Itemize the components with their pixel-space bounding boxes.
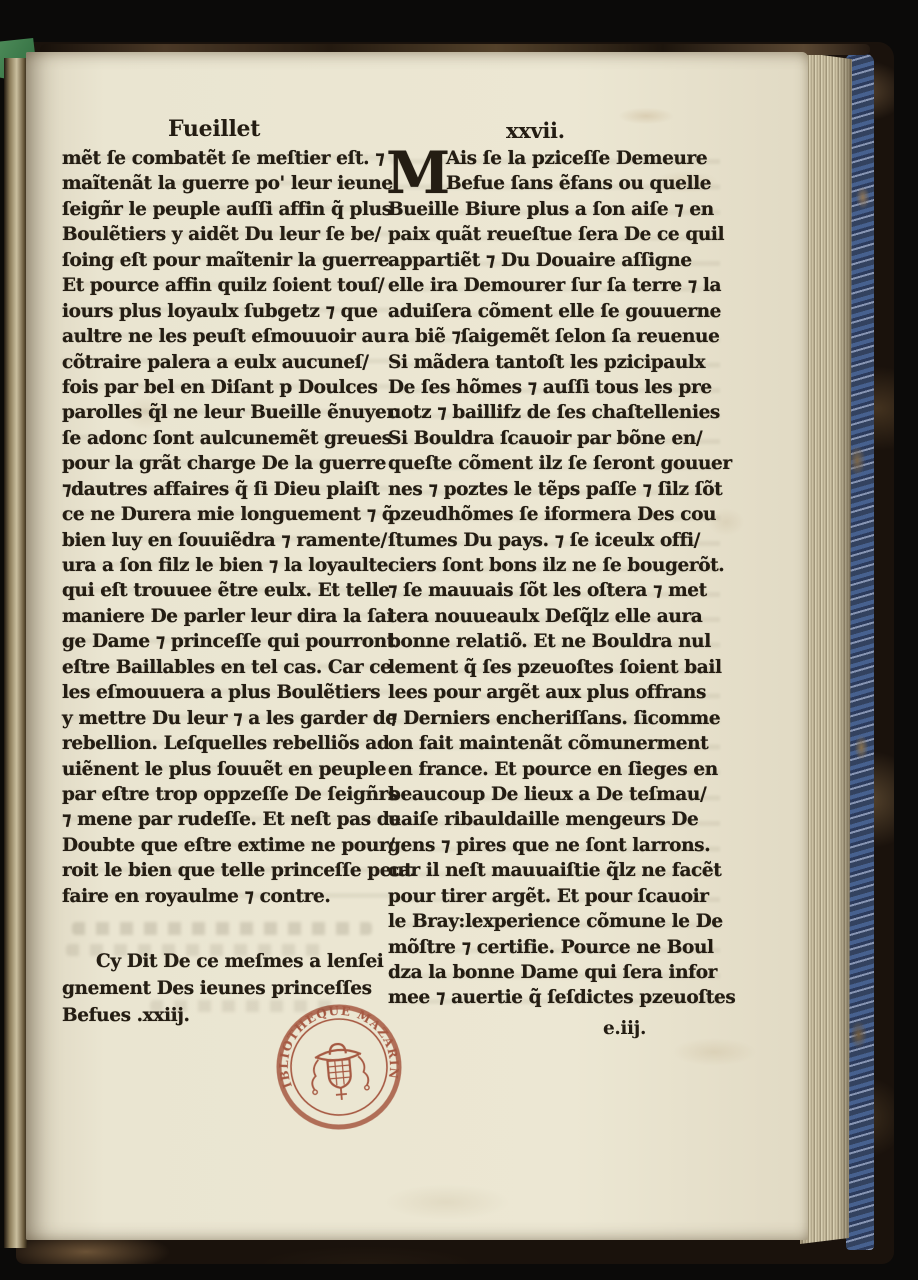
text-line: qui eſt trouuee ẽtre eulx. Et telle [62, 578, 398, 603]
text-line: Boulẽtiers y aidẽt Du leur ſe be/ [62, 222, 398, 247]
folio-number: xxvii. [506, 118, 565, 143]
scanned-book-page: Fueillet xxvii. mẽt ſe combatẽt ſe meſti… [0, 0, 918, 1280]
text-line: bonne relatiõ. Et ne Bouldra nul [388, 629, 724, 654]
text-line: nes ⁊ poztes le tẽps paſſe ⁊ ſilz ſõt [388, 477, 724, 502]
text-line: y mettre Du leur ⁊ a les garder de [62, 706, 398, 731]
text-line: lement q̃ ſes pzeuoſtes ſoient bail [388, 655, 724, 680]
running-title: Fueillet [168, 116, 260, 142]
text-line: parolles q̃l ne leur Bueille ẽnuyer [62, 400, 398, 425]
text-line: mẽt ſe combatẽt ſe meſtier eſt. ⁊ [62, 146, 398, 171]
text-line: ciers ſont bons ilz ne ſe bougerõt. [388, 553, 724, 578]
text-line: ge Dame ⁊ princeſſe qui pourront [62, 629, 398, 654]
show-through-smudge [72, 922, 372, 935]
text-line: ſoing eſt pour maĩtenir la guerre [62, 248, 398, 273]
mazarine-stamp-icon: BIBLIOTHEQUE MAZARINE [269, 997, 410, 1138]
text-line: Bueille Biure plus a ſon aiſe ⁊ en [388, 197, 724, 222]
text-line: ⁊ Derniers encheriſſans. ſicomme [388, 706, 724, 731]
text-line: Befue ſans ẽfans ou quelle [446, 171, 724, 196]
text-line: Et pource affin quilz ſoient touſ/ [62, 273, 398, 298]
text-line: ura a ſon filz le bien ⁊ la loyaulte [62, 553, 398, 578]
text-line: aultre ne les peuſt eſmouuoir au [62, 324, 398, 349]
text-line: ſtumes Du pays. ⁊ ſe iceulx offi/ [388, 528, 724, 553]
text-line: rebellion. Leſquelles rebelliõs ad [62, 731, 398, 756]
text-line: car il neſt mauuaiſtie q̃lz ne facẽt [388, 858, 724, 883]
text-line: maĩtenãt la guerre po' leur ieune [62, 171, 398, 196]
text-line: on fait maintenãt cõmunerment [388, 731, 724, 756]
text-line: iours plus loyaulx ſubgetz ⁊ que [62, 299, 398, 324]
text-line: dza la bonne Dame qui ſera infor [388, 960, 724, 985]
text-line: cõtraire palera a eulx aucuneſ/ [62, 350, 398, 375]
text-line: eſtre Baillables en tel cas. Car ce [62, 655, 398, 680]
gutter-page-edges [4, 58, 27, 1248]
text-line: en france. Et pource en ſieges en [388, 757, 724, 782]
text-line: appartiẽt ⁊ Du Douaire aſſigne [388, 248, 724, 273]
text-line: les eſmouuera a plus Boulẽtiers [62, 680, 398, 705]
text-line: ce ne Durera mie longuement ⁊ q̃ [62, 502, 398, 527]
text-line: Ais ſe la pziceſſe Demeure [446, 146, 724, 171]
text-line: bien luy en ſouuiẽdra ⁊ ramente/ [62, 528, 398, 553]
text-line: faire en royaulme ⁊ contre. [62, 884, 398, 909]
text-line: Si mãdera tantoſt les pzicipaulx [388, 350, 724, 375]
text-column-left: mẽt ſe combatẽt ſe meſtier eſt. ⁊maĩtenã… [62, 146, 398, 909]
text-line: Doubte que eſtre extime ne pour/ [62, 833, 398, 858]
text-line: fois par bel en Diſant p Doulces [62, 375, 398, 400]
text-line: pzeudhõmes ſe iformera Des cou [388, 502, 724, 527]
text-line: paix quãt reueſtue ſera De ce quil [388, 222, 724, 247]
text-line: ⁊ mene par rudeſſe. Et neſt pas de [62, 807, 398, 832]
text-line: De ſes hõmes ⁊ auſſi tous les pre [388, 375, 724, 400]
text-line: lees pour argẽt aux plus offrans [388, 680, 724, 705]
text-column-right: Ais ſe la pziceſſe DemeureBefue ſans ẽfa… [388, 146, 724, 1011]
cardinal-arms-icon [309, 1042, 370, 1103]
text-line: elle ira Demourer ſur ſa terre ⁊ la [388, 273, 724, 298]
text-line: par eſtre trop oppzeſſe De ſeigñrs [62, 782, 398, 807]
text-line: uaiſe ribauldaille mengeurs De [388, 807, 724, 832]
library-stamp: BIBLIOTHEQUE MAZARINE [269, 997, 410, 1138]
text-line: ra biẽ ⁊ſaigemẽt ſelon ſa reuenue [388, 324, 724, 349]
text-line: Cy Dit De ce meſmes a lenſei [62, 948, 398, 975]
text-line: ſe adonc ſont aulcunemẽt greues [62, 426, 398, 451]
text-line: beaucoup De lieux a De teſmau/ [388, 782, 724, 807]
text-line: gnement Des ieunes princeſſes [62, 975, 398, 1002]
catchword: e.iij. [388, 1016, 724, 1042]
text-line: gens ⁊ pires que ne ſont larrons. [388, 833, 724, 858]
text-line: tera nouueaulx Deſq̃lz elle aura [388, 604, 724, 629]
text-line: ſeigñr le peuple auſſi affin q̃ plus [62, 197, 398, 222]
text-line: maniere De parler leur dira la ſai [62, 604, 398, 629]
text-line: pour la grãt charge De la guerre [62, 451, 398, 476]
text-line: ⁊ ſe mauuais ſõt les oſtera ⁊ met [388, 578, 724, 603]
text-line: uotz ⁊ baillifz de ſes chaſtellenies [388, 400, 724, 425]
text-line: mee ⁊ auertie q̃ ſeſdictes pzeuoſtes [388, 985, 724, 1010]
text-line: mõſtre ⁊ certifie. Pource ne Boul [388, 935, 724, 960]
text-line: uiẽnent le plus ſouuẽt en peuple [62, 757, 398, 782]
text-line: queſte cõment ilz ſe ſeront gouuer [388, 451, 724, 476]
text-line: roit le bien que telle princeſſe peut [62, 858, 398, 883]
text-line: le Bray:lexperience cõmune le De [388, 909, 724, 934]
text-line: ⁊dautres affaires q̃ ſi Dieu plaiſt [62, 477, 398, 502]
text-line: Si Bouldra ſcauoir par bõne en/ [388, 426, 724, 451]
text-line: pour tirer argẽt. Et pour ſcauoir [388, 884, 724, 909]
text-line: aduiſera cõment elle ſe gouuerne [388, 299, 724, 324]
